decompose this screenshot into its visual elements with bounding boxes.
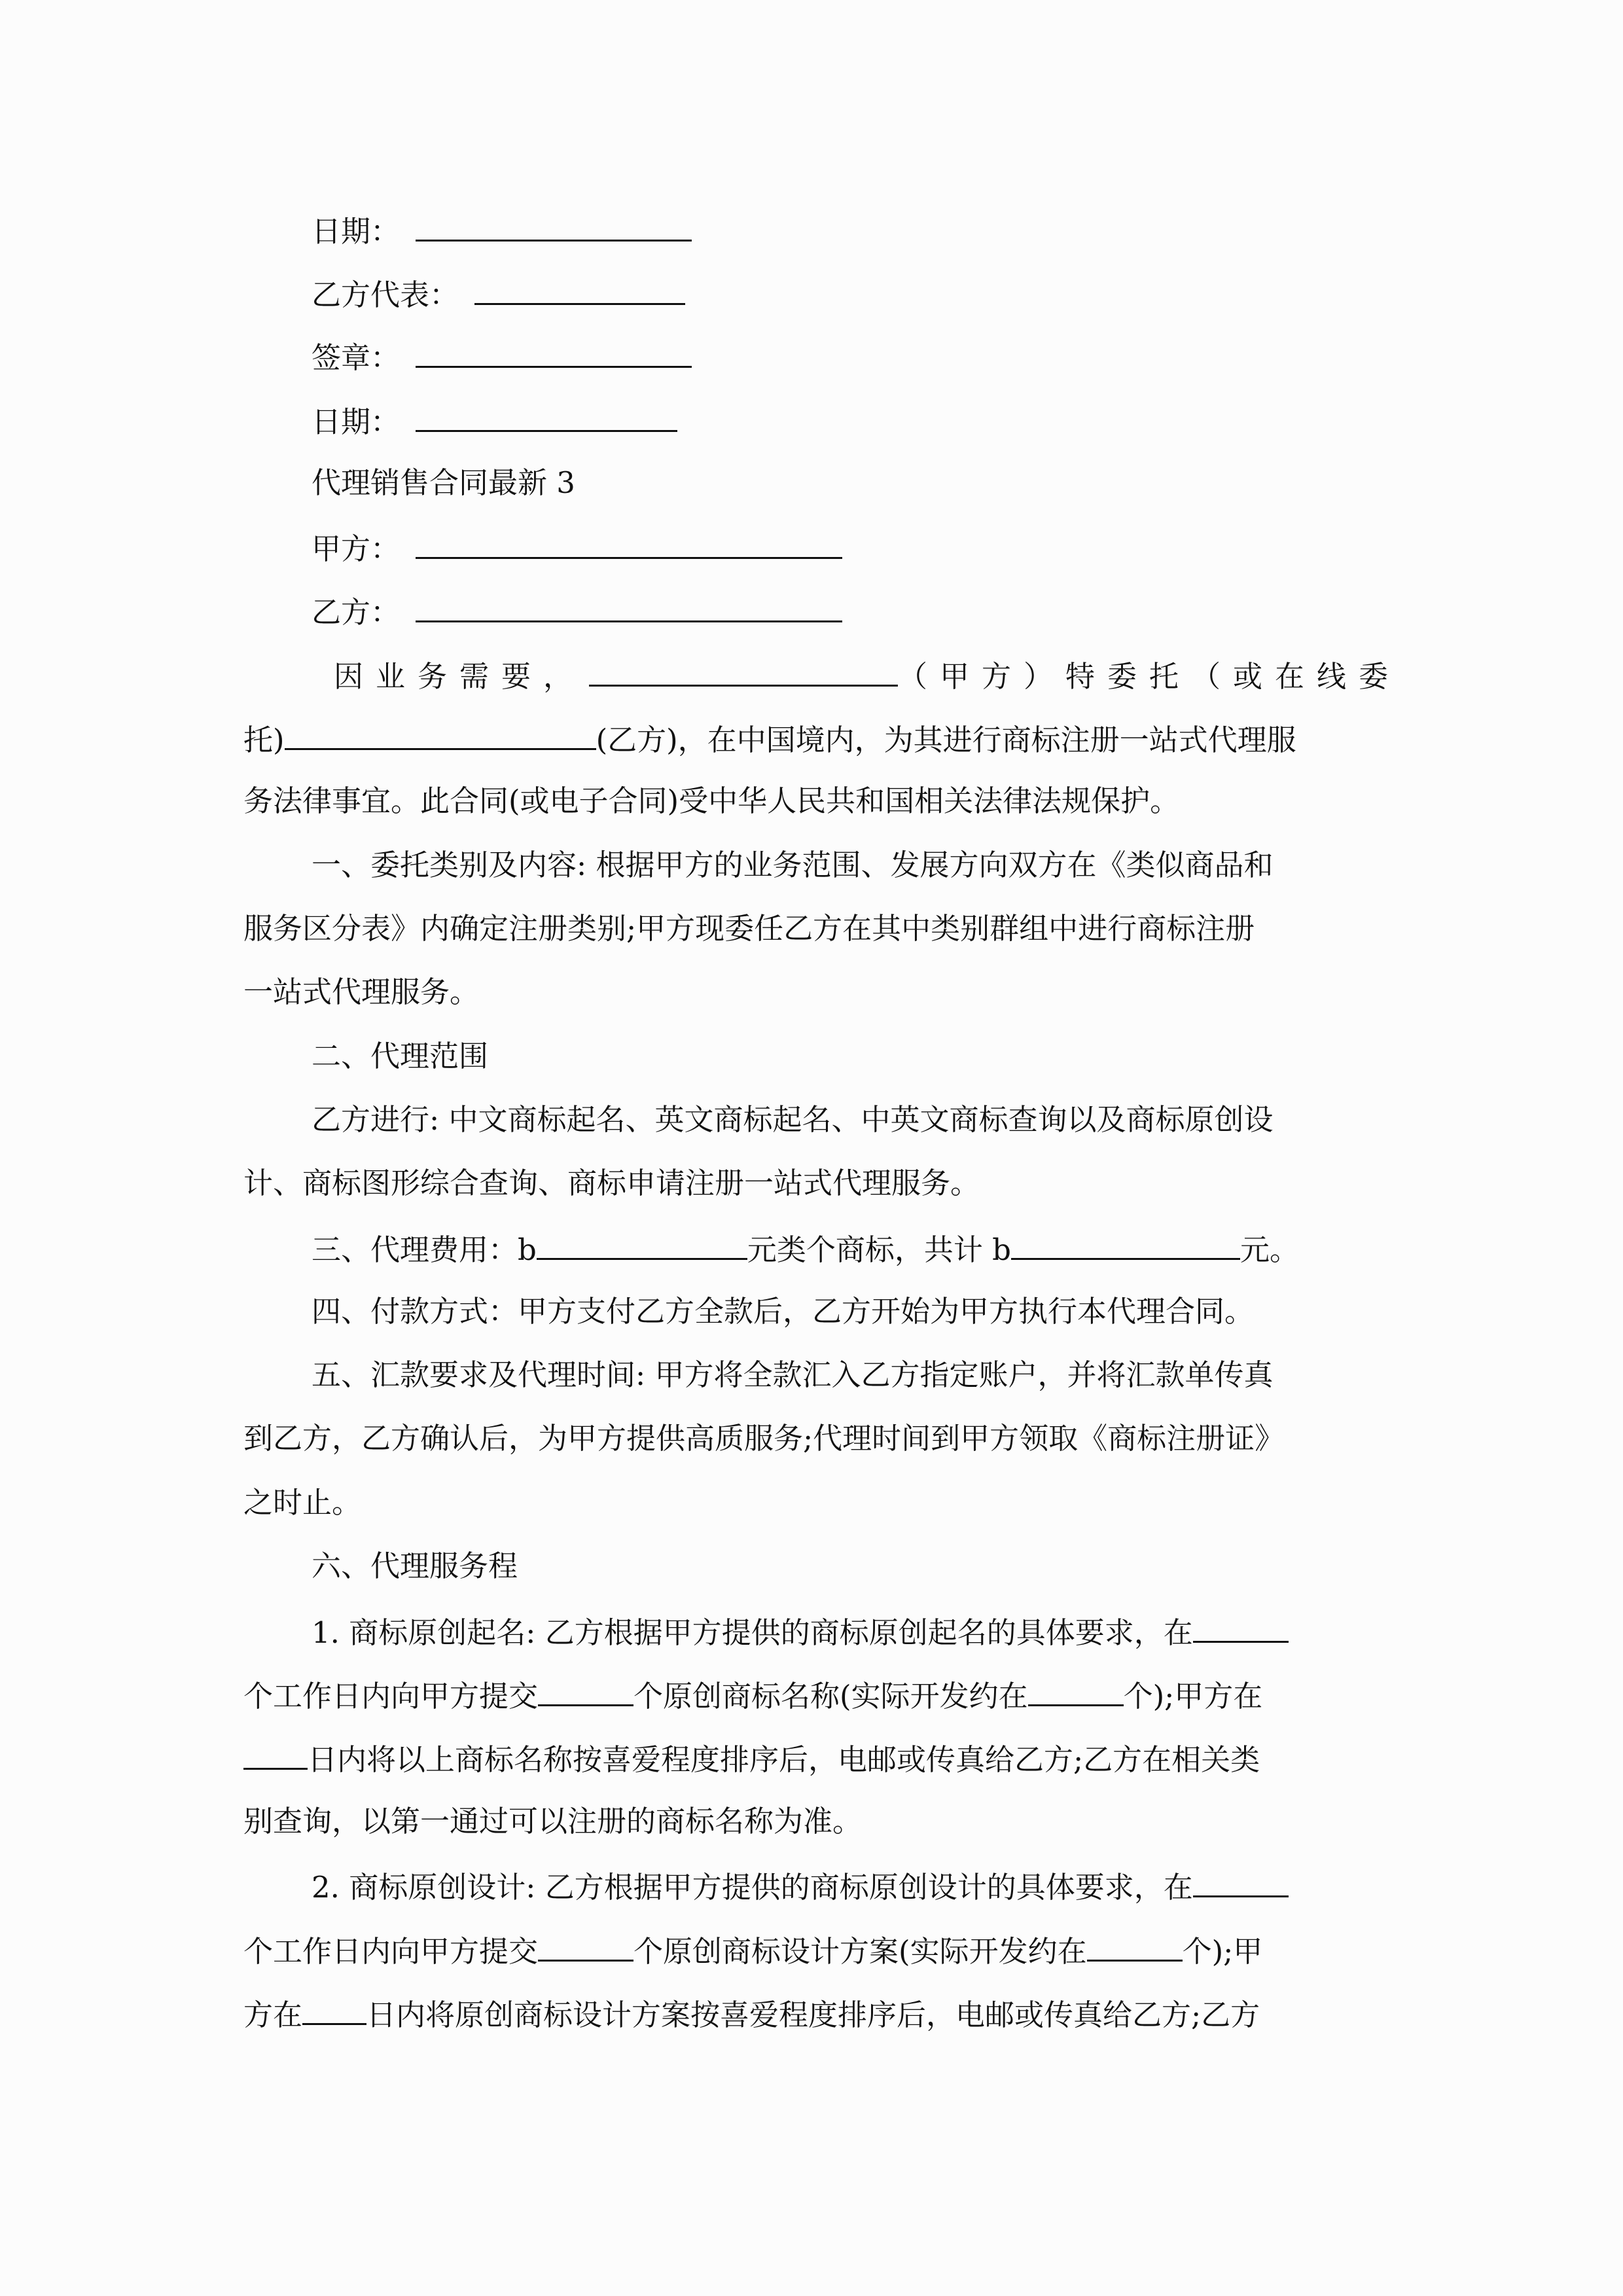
party-a-blank[interactable] [416, 527, 842, 559]
actual-count-blank[interactable] [1087, 1929, 1183, 1962]
party-b-blank[interactable] [416, 590, 842, 622]
section-5-line-2: 到乙方，乙方确认后，为甲方提供高质服务;代理时间到甲方领取《商标注册证》 [243, 1419, 1380, 1458]
unit-fee-blank[interactable] [537, 1228, 747, 1260]
field-label: 签章： [312, 340, 400, 375]
item-text: 个);甲 [1183, 1934, 1263, 1969]
intro-line-3: 务法律事宜。此合同(或电子合同)受中华人民共和国相关法律法规保护。 [243, 781, 1380, 821]
item-text: 2. 商标原创设计: 乙方根据甲方提供的商标原创设计的具体要求，在 [312, 1870, 1193, 1905]
date-blank[interactable] [416, 400, 677, 432]
section-2-line-1: 乙方进行: 中文商标起名、英文商标起名、中英文商标查询以及商标原创设 [312, 1100, 1448, 1139]
days-blank[interactable] [302, 1993, 366, 2025]
designs-count-blank[interactable] [538, 1929, 633, 1962]
seal-field: 签章： [312, 336, 1448, 375]
party-b-name-blank[interactable] [285, 718, 596, 750]
section-5-line-1: 五、汇款要求及代理时间: 甲方将全款汇入乙方指定账户，并将汇款单传真 [312, 1355, 1448, 1395]
item-1-line-1: 1. 商标原创起名: 乙方根据甲方提供的商标原创起名的具体要求，在 [312, 1611, 1448, 1650]
workdays-blank[interactable] [1193, 1865, 1289, 1897]
item-2-line-1: 2. 商标原创设计: 乙方根据甲方提供的商标原创设计的具体要求，在 [312, 1865, 1448, 1905]
intro-text: 托) [243, 723, 285, 757]
item-2-line-2: 个工作日内向甲方提交个原创商标设计方案(实际开发约在个);甲 [243, 1929, 1380, 1969]
item-text: 个工作日内向甲方提交 [243, 1679, 538, 1713]
contract-title: 代理销售合同最新 3 [312, 463, 1448, 503]
field-label: 日期： [312, 404, 400, 439]
section-1-line-1: 一、委托类别及内容: 根据甲方的业务范围、发展方向双方在《类似商品和 [312, 846, 1448, 885]
section-1-line-2: 服务区分表》内确定注册类别;甲方现委任乙方在其中类别群组中进行商标注册 [243, 909, 1380, 948]
representative-blank[interactable] [474, 273, 685, 305]
item-2-line-3: 方在日内将原创商标设计方案按喜爱程度排序后，电邮或传真给乙方;乙方 [243, 1993, 1380, 2032]
signature-date-field: 日期： [312, 209, 1448, 249]
item-text: 个原创商标设计方案(实际开发约在 [633, 1934, 1087, 1969]
field-label: 甲方： [312, 531, 400, 566]
fees-text: 三、代理费用：b [312, 1232, 537, 1267]
section-2-heading: 二、代理范围 [312, 1037, 1448, 1076]
item-text: 个);甲方在 [1124, 1679, 1263, 1713]
workdays-blank[interactable] [1193, 1611, 1289, 1643]
item-text: 个工作日内向甲方提交 [243, 1934, 538, 1969]
party-a-field: 甲方： [312, 527, 1448, 566]
item-1-line-3: 日内将以上商标名称按喜爱程度排序后，电邮或传真给乙方;乙方在相关类 [243, 1738, 1380, 1777]
intro-line-1: 因业务需要，（甲方）特委托（或在线委 [334, 655, 1380, 694]
item-1-line-2: 个工作日内向甲方提交个原创商标名称(实际开发约在个);甲方在 [243, 1674, 1380, 1713]
section-2-line-2: 计、商标图形综合查询、商标申请注册一站式代理服务。 [243, 1164, 1380, 1203]
date-blank[interactable] [416, 209, 692, 242]
item-text: 1. 商标原创起名: 乙方根据甲方提供的商标原创起名的具体要求，在 [312, 1615, 1193, 1650]
item-text: 日内将以上商标名称按喜爱程度排序后，电邮或传真给乙方;乙方在相关类 [308, 1742, 1260, 1777]
document-page: 日期： 乙方代表： 签章： 日期： 代理销售合同最新 3 甲方： 乙方： 因业务… [0, 0, 1623, 2296]
names-count-blank[interactable] [538, 1674, 633, 1706]
item-text: 方在 [243, 1998, 302, 2032]
party-b-representative-field: 乙方代表： [312, 273, 1448, 312]
total-fee-blank[interactable] [1011, 1228, 1240, 1260]
actual-count-blank[interactable] [1028, 1674, 1124, 1706]
section-6-heading: 六、代理服务程 [312, 1547, 1448, 1586]
item-1-line-4: 别查询，以第一通过可以注册的商标名称为准。 [243, 1802, 1380, 1841]
section-5-line-3: 之时止。 [243, 1483, 1380, 1522]
section-1-line-3: 一站式代理服务。 [243, 973, 1380, 1012]
signature-date-field-2: 日期： [312, 400, 1448, 439]
fees-text: 元。 [1240, 1232, 1299, 1267]
item-text: 日内将原创商标设计方案按喜爱程度排序后，电邮或传真给乙方;乙方 [366, 1998, 1260, 2032]
item-text: 个原创商标名称(实际开发约在 [633, 1679, 1028, 1713]
seal-blank[interactable] [416, 336, 692, 368]
party-a-name-blank[interactable] [589, 655, 898, 687]
section-4-payment: 四、付款方式：甲方支付乙方全款后，乙方开始为甲方执行本代理合同。 [312, 1292, 1448, 1331]
field-label: 乙方： [312, 595, 400, 630]
section-3-fees: 三、代理费用：b元类个商标，共计 b元。 [312, 1228, 1448, 1267]
days-blank[interactable] [243, 1738, 308, 1770]
field-label: 乙方代表： [312, 278, 459, 312]
party-b-field: 乙方： [312, 590, 1448, 630]
intro-text: （甲方）特委托（或在线委 [898, 659, 1400, 694]
intro-text: (乙方)，在中国境内，为其进行商标注册一站式代理服 [596, 723, 1296, 757]
intro-line-2: 托)(乙方)，在中国境内，为其进行商标注册一站式代理服 [243, 718, 1380, 757]
fees-text: 元类个商标，共计 b [747, 1232, 1011, 1267]
intro-text: 因业务需要， [334, 659, 585, 694]
field-label: 日期： [312, 214, 400, 249]
